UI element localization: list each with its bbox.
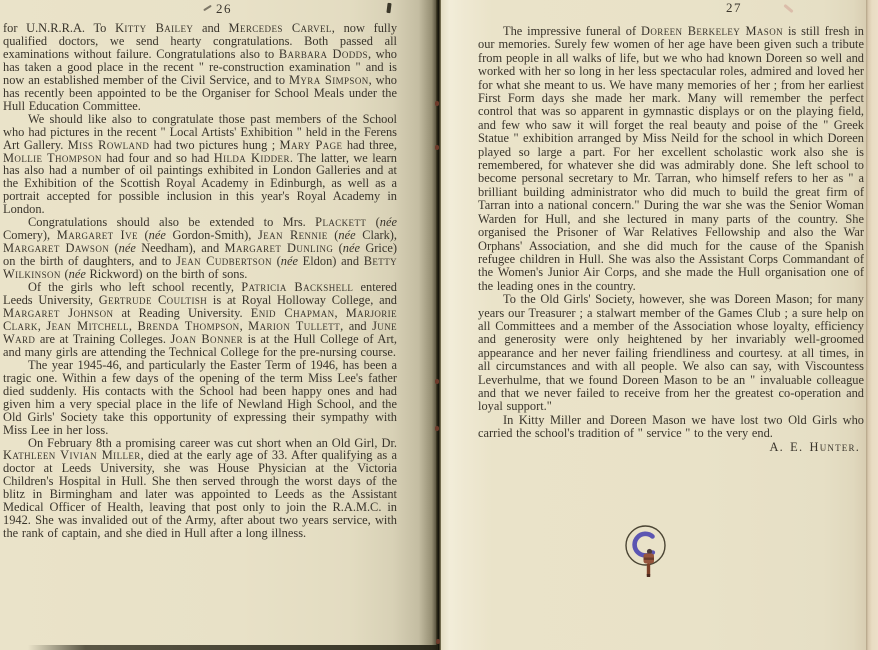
body-text: The impressive funeral of bbox=[503, 24, 641, 38]
paragraph: On February 8th a promising career was c… bbox=[3, 437, 397, 541]
body-text: Needham), and bbox=[136, 241, 225, 255]
body-text: Eldon) and bbox=[298, 254, 364, 268]
page-edge-strip bbox=[866, 0, 878, 650]
person-name: Plackett bbox=[315, 215, 366, 229]
body-text: Comery), bbox=[3, 228, 57, 242]
page-26-text: for U.N.R.R.A. To Kitty Bailey and Merce… bbox=[3, 22, 397, 540]
person-name: Margaret Johnson bbox=[3, 306, 113, 320]
person-name: Mercedes Carvel bbox=[229, 21, 332, 35]
emblem-figure-stem-tip bbox=[647, 574, 650, 577]
paragraph: The impressive funeral of Doreen Berkele… bbox=[478, 25, 864, 293]
body-text: ( bbox=[61, 267, 69, 281]
person-name: Kathleen Vivian Miller bbox=[3, 448, 141, 462]
body-text: Rickword) on the birth of sons. bbox=[86, 267, 248, 281]
person-name: Enid Chapman bbox=[251, 306, 335, 320]
body-text: ( bbox=[366, 215, 380, 229]
body-text: Of the girls who left school recently, bbox=[28, 280, 241, 294]
person-name: Margaret Ive bbox=[57, 228, 138, 242]
body-text: The year 1945-46, and particularly the E… bbox=[3, 358, 397, 437]
body-text: had two pictures hung ; bbox=[149, 138, 279, 152]
body-text: , and bbox=[340, 319, 372, 333]
binding-stitch bbox=[436, 639, 440, 644]
person-name: Doreen Berkeley Mason bbox=[641, 24, 783, 38]
emblem-figure-head bbox=[647, 549, 652, 554]
binding-stitch bbox=[435, 379, 439, 384]
body-text: , died at the early age of 33. After qua… bbox=[3, 448, 397, 540]
person-name: Miss Rowland bbox=[68, 138, 149, 152]
body-text: ( bbox=[328, 228, 339, 242]
body-text: Congratulations should also be extended … bbox=[28, 215, 315, 229]
author-signature: A. E. Hunter. bbox=[478, 441, 864, 454]
person-name: Mary Page bbox=[280, 138, 343, 152]
body-text: and bbox=[193, 21, 228, 35]
person-name: Gertrude Coultish bbox=[99, 293, 207, 307]
person-name: Jean Cudbertson bbox=[176, 254, 272, 268]
paragraph: for U.N.R.R.A. To Kitty Bailey and Merce… bbox=[3, 22, 397, 113]
body-text: had four and so had bbox=[102, 151, 214, 165]
page-bottom-shadow bbox=[28, 645, 437, 650]
person-name: Mollie Thompson bbox=[3, 151, 102, 165]
book-spread-scan: 26 27 for U.N.R.R.A. To Kitty Bailey and… bbox=[0, 0, 878, 650]
nee-label: née bbox=[343, 241, 360, 255]
paragraph: In Kitty Miller and Doreen Mason we have… bbox=[478, 414, 864, 441]
body-text: is still fresh in our memories. Surely f… bbox=[478, 24, 864, 293]
emblem-figure-band bbox=[644, 558, 655, 560]
person-name: Jean Rennie bbox=[258, 228, 328, 242]
body-text: ( bbox=[138, 228, 149, 242]
person-name: Hilda Kidder bbox=[214, 151, 290, 165]
body-text: are at Training Colleges. bbox=[35, 332, 170, 346]
nee-label: née bbox=[119, 241, 136, 255]
body-text: ( bbox=[109, 241, 119, 255]
body-text: On February 8th a promising career was c… bbox=[28, 436, 397, 450]
paragraph: Of the girls who left school recently, P… bbox=[3, 281, 397, 359]
person-name: Brenda Thompson bbox=[137, 319, 239, 333]
page-number-27: 27 bbox=[726, 0, 742, 16]
person-name: Kitty Bailey bbox=[115, 21, 193, 35]
person-name: Margaret Dunling bbox=[225, 241, 334, 255]
page-27-text: The impressive funeral of Doreen Berkele… bbox=[478, 25, 864, 454]
paragraph: Congratulations should also be extended … bbox=[3, 216, 397, 281]
body-text: To the Old Girls' Society, however, she … bbox=[478, 292, 864, 413]
person-name: Barbara Dodds bbox=[279, 47, 368, 61]
person-name: Myra Simpson bbox=[289, 73, 369, 87]
body-text: ( bbox=[272, 254, 281, 268]
nee-label: née bbox=[338, 228, 355, 242]
page-number-26: 26 bbox=[216, 1, 232, 17]
paragraph: To the Old Girls' Society, however, she … bbox=[478, 293, 864, 414]
person-name: Patricia Backshell bbox=[241, 280, 353, 294]
nee-label: née bbox=[149, 228, 166, 242]
body-text: Gordon-Smith), bbox=[166, 228, 258, 242]
binding-stitch bbox=[435, 426, 439, 431]
paragraph: We should like also to congratulate thos… bbox=[3, 113, 397, 217]
paragraph: The year 1945-46, and particularly the E… bbox=[3, 359, 397, 437]
body-text: , bbox=[240, 319, 249, 333]
body-text: ( bbox=[333, 241, 343, 255]
body-text: at Reading University. bbox=[113, 306, 250, 320]
page-27-body: The impressive funeral of Doreen Berkele… bbox=[478, 25, 864, 441]
nee-label: née bbox=[380, 215, 397, 229]
body-text: In Kitty Miller and Doreen Mason we have… bbox=[478, 413, 864, 440]
stamp-emblem bbox=[623, 524, 671, 584]
person-name: Marion Tullett bbox=[248, 319, 340, 333]
person-name: Jean Mitchell bbox=[46, 319, 129, 333]
binding-stitch bbox=[435, 101, 439, 106]
person-name: Margaret Dawson bbox=[3, 241, 109, 255]
body-text: Clark), bbox=[356, 228, 397, 242]
body-text: for U.N.R.R.A. To bbox=[3, 21, 115, 35]
nee-label: née bbox=[69, 267, 86, 281]
nee-label: née bbox=[281, 254, 298, 268]
person-name: Joan Bonner bbox=[171, 332, 244, 346]
binding-stitch bbox=[435, 145, 439, 150]
body-text: had three, bbox=[342, 138, 397, 152]
body-text: is at Royal Holloway College, and bbox=[207, 293, 397, 307]
body-text: , bbox=[335, 306, 346, 320]
